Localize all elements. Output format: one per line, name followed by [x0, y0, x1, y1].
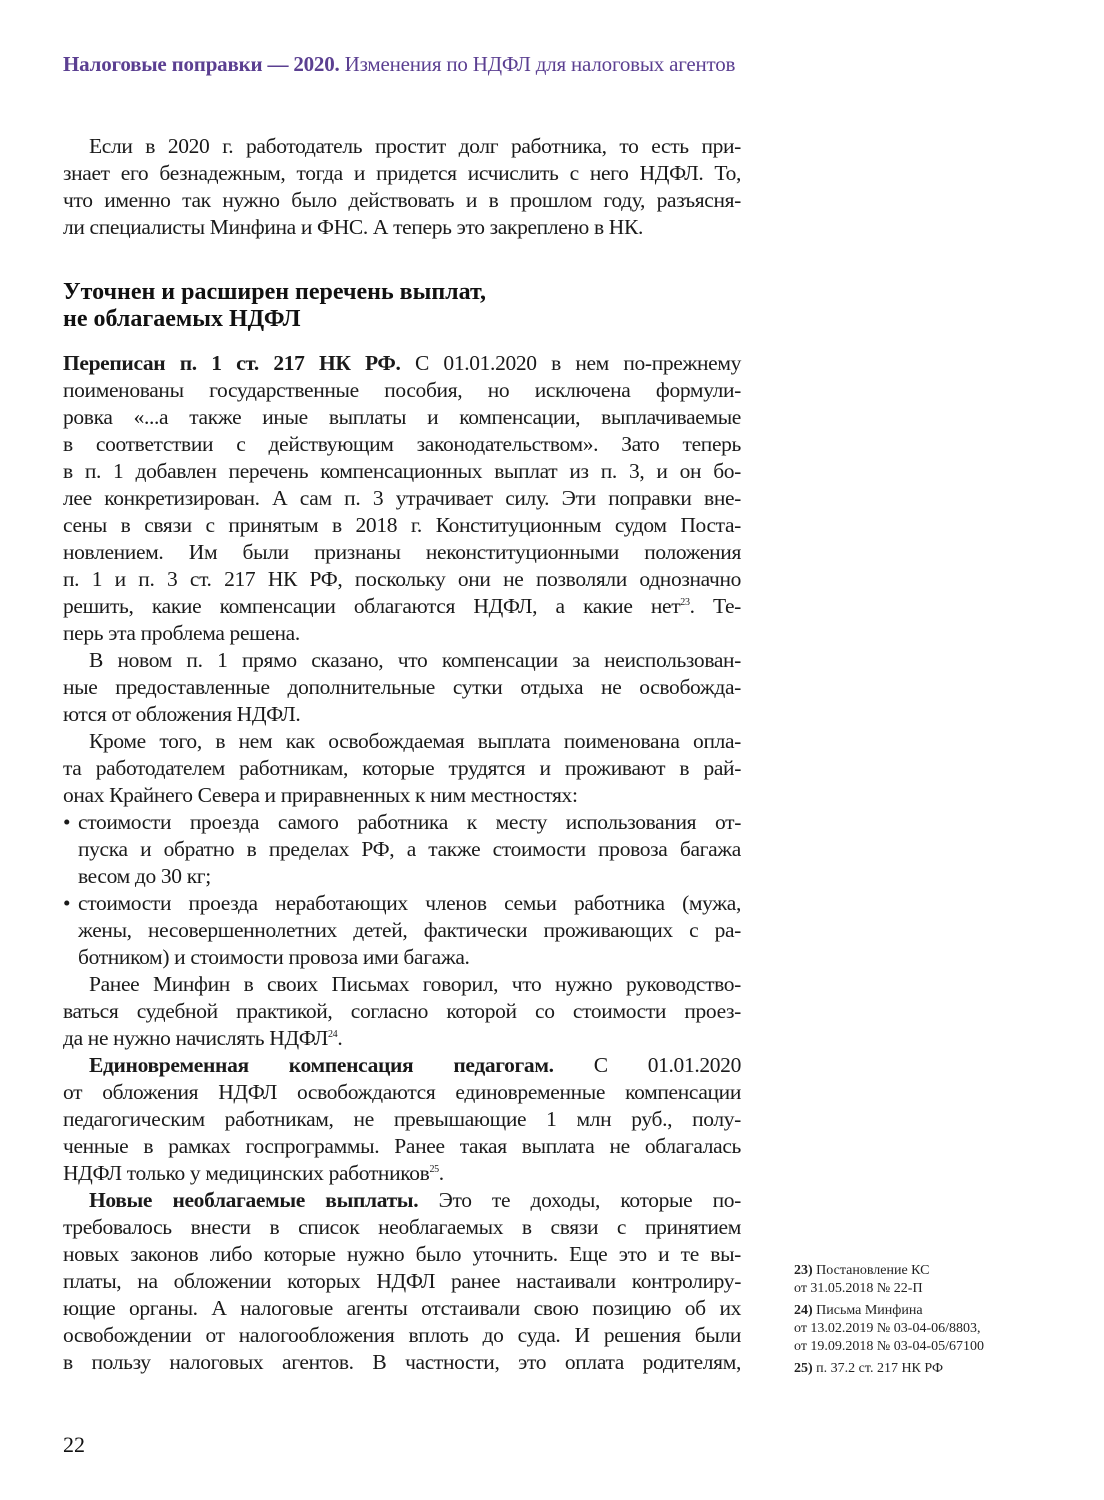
- text-line: Новые необлагаемые выплаты. Это те доход…: [63, 1187, 741, 1214]
- text-line: жены, несовершеннолетних детей, фактичес…: [63, 917, 741, 944]
- running-head-subtitle: Изменения по НДФЛ для налоговых агентов: [345, 52, 736, 76]
- text-line: ющие органы. А налоговые агенты отстаива…: [63, 1295, 741, 1322]
- text-line: что именно так нужно было действовать и …: [63, 187, 741, 214]
- footnote-ref[interactable]: 23: [680, 597, 689, 608]
- text-line: новых законов либо которые нужно было ут…: [63, 1241, 741, 1268]
- text-line: Кроме того, в нем как освобождаемая выпл…: [63, 728, 741, 755]
- text-line: ровка «...а также иные выплаты и компенс…: [63, 404, 741, 431]
- text-line: та работодателем работникам, которые тру…: [63, 755, 741, 782]
- footnote-number: 23): [794, 1263, 813, 1278]
- text-line: ли специалисты Минфина и ФНС. А теперь э…: [63, 214, 741, 241]
- text-line: новлением. Им были признаны неконституци…: [63, 539, 741, 566]
- text-line: онах Крайнего Севера и приравненных к ни…: [63, 782, 741, 809]
- text-line: лее конкретизирован. А сам п. 3 утрачива…: [63, 485, 741, 512]
- text-line: да не нужно начислять НДФЛ24.: [63, 1025, 741, 1052]
- footnote-23: 23) Постановление КС от 31.05.2018 № 22-…: [794, 1262, 1054, 1298]
- section-heading-line: Уточнен и расширен перечень выплат,: [63, 279, 486, 306]
- bullet-icon: •: [63, 890, 78, 917]
- text-line: пуска и обратно в пределах РФ, а также с…: [63, 836, 741, 863]
- run-in-heading: Единовременная компенсация педагогам.: [89, 1053, 554, 1077]
- text-line: решить, какие компенсации облагаются НДФ…: [63, 593, 741, 620]
- text-line: знает его безнадежным, тогда и придется …: [63, 160, 741, 187]
- text-line: ются от обложения НДФЛ.: [63, 701, 741, 728]
- bullet-icon: •: [63, 809, 78, 836]
- text-line: от обложения НДФЛ освобождаются единовре…: [63, 1079, 741, 1106]
- page-number: 22: [63, 1432, 85, 1458]
- text-line: ваться судебной практикой, согласно кото…: [63, 998, 741, 1025]
- text-line: в п. 1 добавлен перечень компенсационных…: [63, 458, 741, 485]
- list-item: •стоимости проезда самого работника к ме…: [63, 809, 741, 836]
- text-line: в пользу налоговых агентов. В частности,…: [63, 1349, 741, 1376]
- footnote-number: 25): [794, 1361, 813, 1376]
- section-heading: Уточнен и расширен перечень выплат, не о…: [63, 279, 486, 333]
- running-head: Налоговые поправки — 2020. Изменения по …: [63, 52, 735, 77]
- run-in-heading: Переписан п. 1 ст. 217 НК РФ.: [63, 351, 401, 375]
- text-line: ченные в рамках госпрограммы. Ранее така…: [63, 1133, 741, 1160]
- footnote-25: 25) п. 37.2 ст. 217 НК РФ: [794, 1360, 1054, 1378]
- text-line: ные предоставленные дополнительные сутки…: [63, 674, 741, 701]
- footnote-ref[interactable]: 24: [328, 1029, 337, 1040]
- text-line: НДФЛ только у медицинских работников25.: [63, 1160, 741, 1187]
- text-line: п. 1 и п. 3 ст. 217 НК РФ, поскольку они…: [63, 566, 741, 593]
- text-line: освобождении от налогообложения вплоть д…: [63, 1322, 741, 1349]
- text-line: перь эта проблема решена.: [63, 620, 741, 647]
- text-line: поименованы государственные пособия, но …: [63, 377, 741, 404]
- text-line: платы, на обложении которых НДФЛ ранее н…: [63, 1268, 741, 1295]
- footnote-number: 24): [794, 1303, 813, 1318]
- section-heading-line: не облагаемых НДФЛ: [63, 306, 486, 333]
- text-line: педагогическим работникам, не превышающи…: [63, 1106, 741, 1133]
- text-line: Если в 2020 г. работодатель простит долг…: [63, 133, 741, 160]
- body-text: Переписан п. 1 ст. 217 НК РФ. С 01.01.20…: [63, 350, 741, 1376]
- text-line: Единовременная компенсация педагогам. С …: [63, 1052, 741, 1079]
- text-line: в соответствии с действующим законодател…: [63, 431, 741, 458]
- footnote-24: 24) Письма Минфина от 13.02.2019 № 03-04…: [794, 1302, 1054, 1356]
- text-line: ботником) и стоимости провоза ими багажа…: [63, 944, 741, 971]
- footnotes: 23) Постановление КС от 31.05.2018 № 22-…: [794, 1262, 1054, 1382]
- text-line: весом до 30 кг;: [63, 863, 741, 890]
- run-in-heading: Новые необлагаемые выплаты.: [89, 1188, 418, 1212]
- text-line: требовалось внести в список необлагаемых…: [63, 1214, 741, 1241]
- running-head-title: Налоговые поправки — 2020.: [63, 52, 340, 76]
- text-line: Переписан п. 1 ст. 217 НК РФ. С 01.01.20…: [63, 350, 741, 377]
- list-item: •стоимости проезда неработающих членов с…: [63, 890, 741, 917]
- intro-paragraph: Если в 2020 г. работодатель простит долг…: [63, 133, 741, 241]
- footnote-ref[interactable]: 25: [429, 1164, 438, 1175]
- text-line: сены в связи с принятым в 2018 г. Консти…: [63, 512, 741, 539]
- text-line: Ранее Минфин в своих Письмах говорил, чт…: [63, 971, 741, 998]
- text-line: В новом п. 1 прямо сказано, что компенса…: [63, 647, 741, 674]
